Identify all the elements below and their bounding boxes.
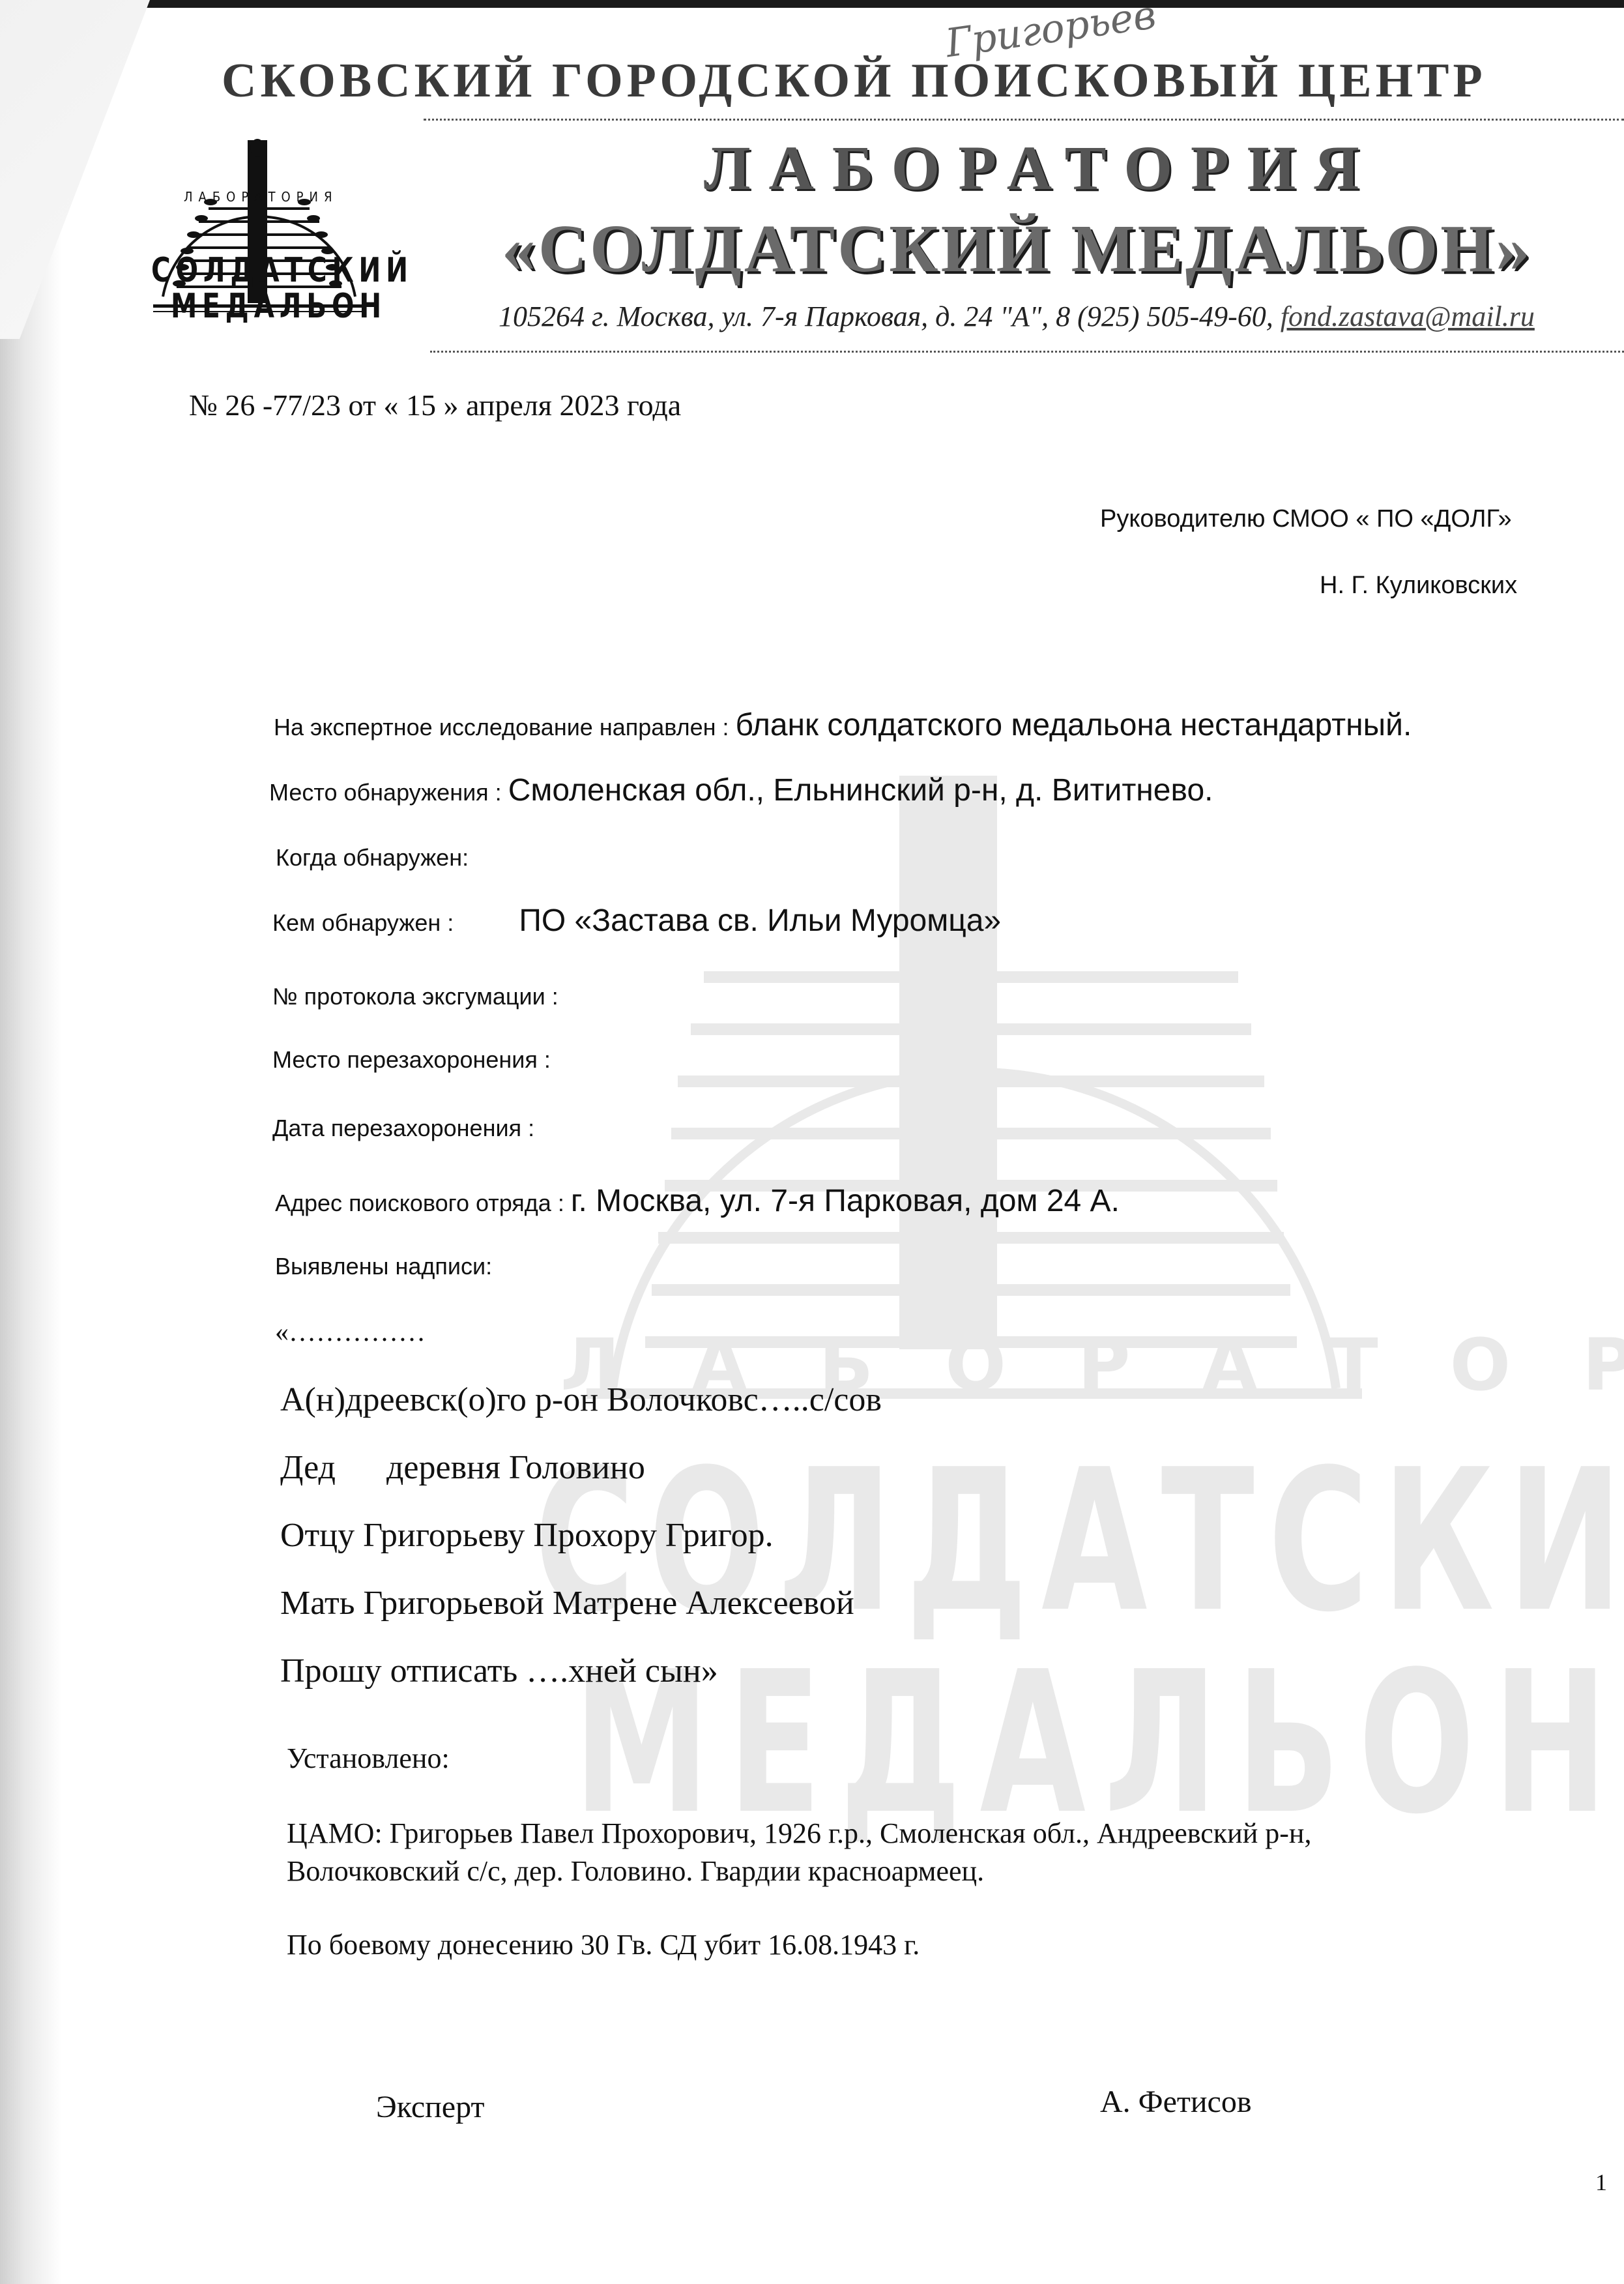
org-name: СКОВСКИЙ ГОРОДСКОЙ ПОИСКОВЫЙ ЦЕНТР [222,53,1486,109]
field-label: Выявлены надписи: [275,1253,492,1280]
field-value: Смоленская обл., Ельнинский р-н, д. Вити… [508,773,1213,808]
field-label: Дата перезахоронения : [272,1115,534,1141]
inscription-line: А(н)дреевск(о)го р-он Волочковс…..с/сов [280,1381,882,1419]
lab-title: ЛАБОРАТОРИЯ [704,132,1378,204]
lab-address: 105264 г. Москва, ул. 7-я Парковая, д. 2… [499,300,1535,333]
field-label: Адрес поискового отряда : [275,1190,571,1216]
scan-border-top [0,0,1624,8]
field-discovery-place: Место обнаружения : Смоленская обл., Ель… [269,772,1213,808]
lab-name: «СОЛДАТСКИЙ МЕДАЛЬОН» [502,210,1532,287]
medallion-watermark-icon [534,737,1414,1454]
inscription-line: Прошу отписать ….хней сын» [280,1652,718,1690]
field-label: На экспертное исследование направлен : [274,714,736,740]
field-reburial-date: Дата перезахоронения : [272,1115,534,1142]
email-link[interactable]: fond.zastava@mail.ru [1281,300,1535,332]
field-reburial-place: Место перезахоронения : [272,1046,551,1074]
logo-label-line2: МЕДАЛЬОН [171,287,386,326]
field-sent-for-examination: На экспертное исследование направлен : б… [274,707,1412,743]
field-inscriptions-found: Выявлены надписи: [275,1253,492,1280]
field-exhumation-protocol: № протокола эксгумации : [272,983,558,1010]
page-number: 1 [1595,2169,1607,2196]
document-number: № 26 -77/23 от « 15 » апреля 2023 года [189,388,681,422]
field-discovery-date: Когда обнаружен: [276,844,469,871]
recipient-name: Н. Г. Куликовских [1320,572,1517,600]
signature-name: А. Фетисов [1100,2084,1252,2120]
inscription-line: Отцу Григорьеву Прохору Григор. [280,1516,774,1555]
inscription-line: «…………… [275,1317,426,1348]
logo-label-line1: СОЛДАТСКИЙ [151,251,413,290]
field-label: № протокола эксгумации : [272,983,558,1010]
logo-label-small: ЛАБОРАТОРИЯ [184,189,338,205]
findings-combat-report: По боевому донесению 30 Гв. СД убит 16.0… [287,1928,920,1961]
signature-role: Эксперт [376,2089,484,2125]
header-divider-bottom [430,351,1624,353]
field-label: Место перезахоронения : [272,1046,551,1073]
inscription-line: Дед деревня Головино [280,1448,645,1487]
header-divider-top [424,119,1624,121]
findings-heading: Установлено: [287,1742,450,1775]
field-value: ПО «Застава св. Ильи Муромца» [519,903,1001,938]
findings-tsamo-line2: Волочковский с/с, дер. Головино. Гвардии… [287,1854,984,1888]
address-text: 105264 г. Москва, ул. 7-я Парковая, д. 2… [499,300,1281,332]
recipient-title: Руководителю СМОО « ПО «ДОЛГ» [1100,505,1512,533]
field-label: Кем обнаружен : [272,909,460,936]
inscription-line: Мать Григорьевой Матрене Алексеевой [280,1584,854,1622]
field-value: г. Москва, ул. 7-я Парковая, дом 24 А. [571,1184,1120,1218]
scan-edge-shadow [0,0,62,2284]
findings-tsamo-line1: ЦАМО: Григорьев Павел Прохорович, 1926 г… [287,1817,1311,1850]
field-label: Место обнаружения : [269,779,508,806]
field-value: бланк солдатского медальона нестандартны… [736,708,1412,742]
field-label: Когда обнаружен: [276,844,469,871]
field-search-team-address: Адрес поискового отряда : г. Москва, ул.… [275,1183,1120,1219]
field-discovered-by: Кем обнаружен : ПО «Застава св. Ильи Мур… [272,903,1001,939]
